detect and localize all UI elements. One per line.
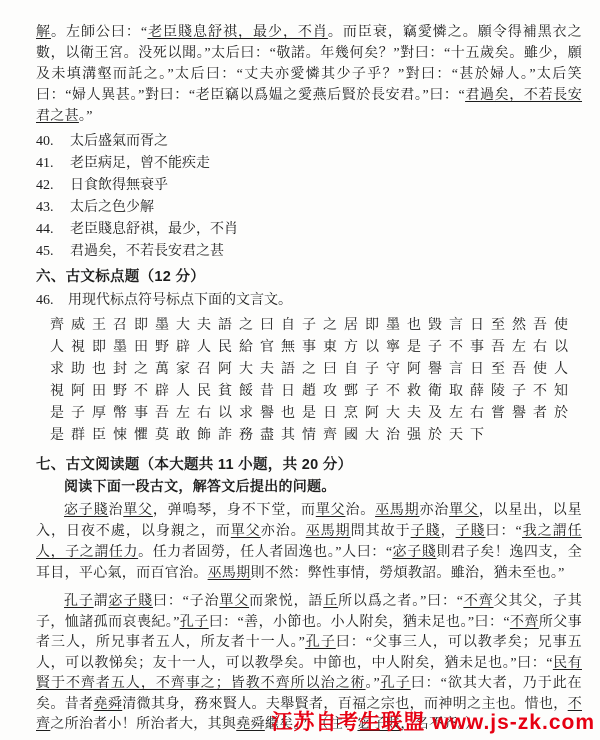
item-text: 日食飲得無衰乎	[70, 178, 168, 193]
question-item-45: 45.君過矣，不若長安君之甚	[36, 241, 582, 263]
question-items-40-45: 40.太后盛氣而胥之 41.老臣病足，曾不能疾走 42.日食飲得無衰乎 43.太…	[36, 131, 582, 263]
punctuation-line: 齊威王召即墨大夫語之曰自子之居即墨也毀言日至然吾使	[50, 315, 582, 337]
item-number: 42.	[36, 175, 62, 197]
punctuation-line: 是群臣悚懼莫敢飾詐務盡其情齊國大治强於天下	[50, 425, 582, 447]
item-text: 太后盛氣而胥之	[70, 134, 168, 149]
question-item-42: 42.日食飲得無衰乎	[36, 175, 582, 197]
punctuation-line: 視阿田野不辟人民貧餒昔日趙攻鄄子不救衛取薛陵子不知	[50, 381, 582, 403]
reading-instruction: 阅读下面一段古文，解答文后提出的问题。	[64, 476, 582, 496]
item-number: 43.	[36, 197, 62, 219]
item-text: 老臣病足，曾不能疾走	[70, 156, 210, 171]
punctuation-line: 是子厚幣事吾左右以求譽也是日烹阿大夫及左右嘗譽者於	[50, 403, 582, 425]
reading-passage-paragraph-1: 宓子賤治單父，弹鳴琴，身不下堂，而單父治。巫馬期亦治單父，以星出，以星入，日夜不…	[36, 500, 582, 584]
question-item-43: 43.太后之色少解	[36, 197, 582, 219]
question-item-41: 41.老臣病足，曾不能疾走	[36, 153, 582, 175]
site-watermark: 江苏自考生联盟 www.js-zk.com	[271, 706, 595, 736]
item-text: 君過矣，不若長安君之甚	[70, 244, 224, 259]
punctuation-line: 人視即墨田野辟人民給官無事東方以寧是子不事吾左右以	[50, 337, 582, 359]
question-46-text: 用现代标点符号标点下面的文言文。	[68, 293, 292, 308]
punctuation-passage: 齊威王召即墨大夫語之曰自子之居即墨也毀言日至然吾使 人視即墨田野辟人民給官無事東…	[50, 315, 582, 447]
item-number: 45.	[36, 241, 62, 263]
question-46: 46.用现代标点符号标点下面的文言文。	[36, 290, 582, 311]
section-6-heading: 六、古文标点题（12 分）	[36, 267, 582, 288]
page-content: 解。左師公曰：“老臣賤息舒祺，最少，不肖。而臣衰，竊愛憐之。願令得補黑衣之數，以…	[0, 0, 600, 736]
scanned-exam-page: 解。左師公曰：“老臣賤息舒祺，最少，不肖。而臣衰，竊愛憐之。願令得補黑衣之數，以…	[0, 0, 600, 740]
item-text: 老臣賤息舒祺，最少，不肖	[70, 222, 238, 237]
item-number: 40.	[36, 131, 62, 153]
item-number: 41.	[36, 153, 62, 175]
section-7-heading: 七、古文阅读题（本大题共 11 小题，共 20 分）	[36, 455, 582, 476]
punctuation-line: 求助也封之萬家召阿大夫語之曰自子守阿譽言日至吾使人	[50, 359, 582, 381]
question-item-44: 44.老臣賤息舒祺，最少，不肖	[36, 219, 582, 241]
item-number: 46.	[36, 290, 62, 311]
continued-passage: 解。左師公曰：“老臣賤息舒祺，最少，不肖。而臣衰，竊愛憐之。願令得補黑衣之數，以…	[36, 22, 582, 127]
question-item-40: 40.太后盛氣而胥之	[36, 131, 582, 153]
item-text: 太后之色少解	[70, 200, 154, 215]
item-number: 44.	[36, 219, 62, 241]
